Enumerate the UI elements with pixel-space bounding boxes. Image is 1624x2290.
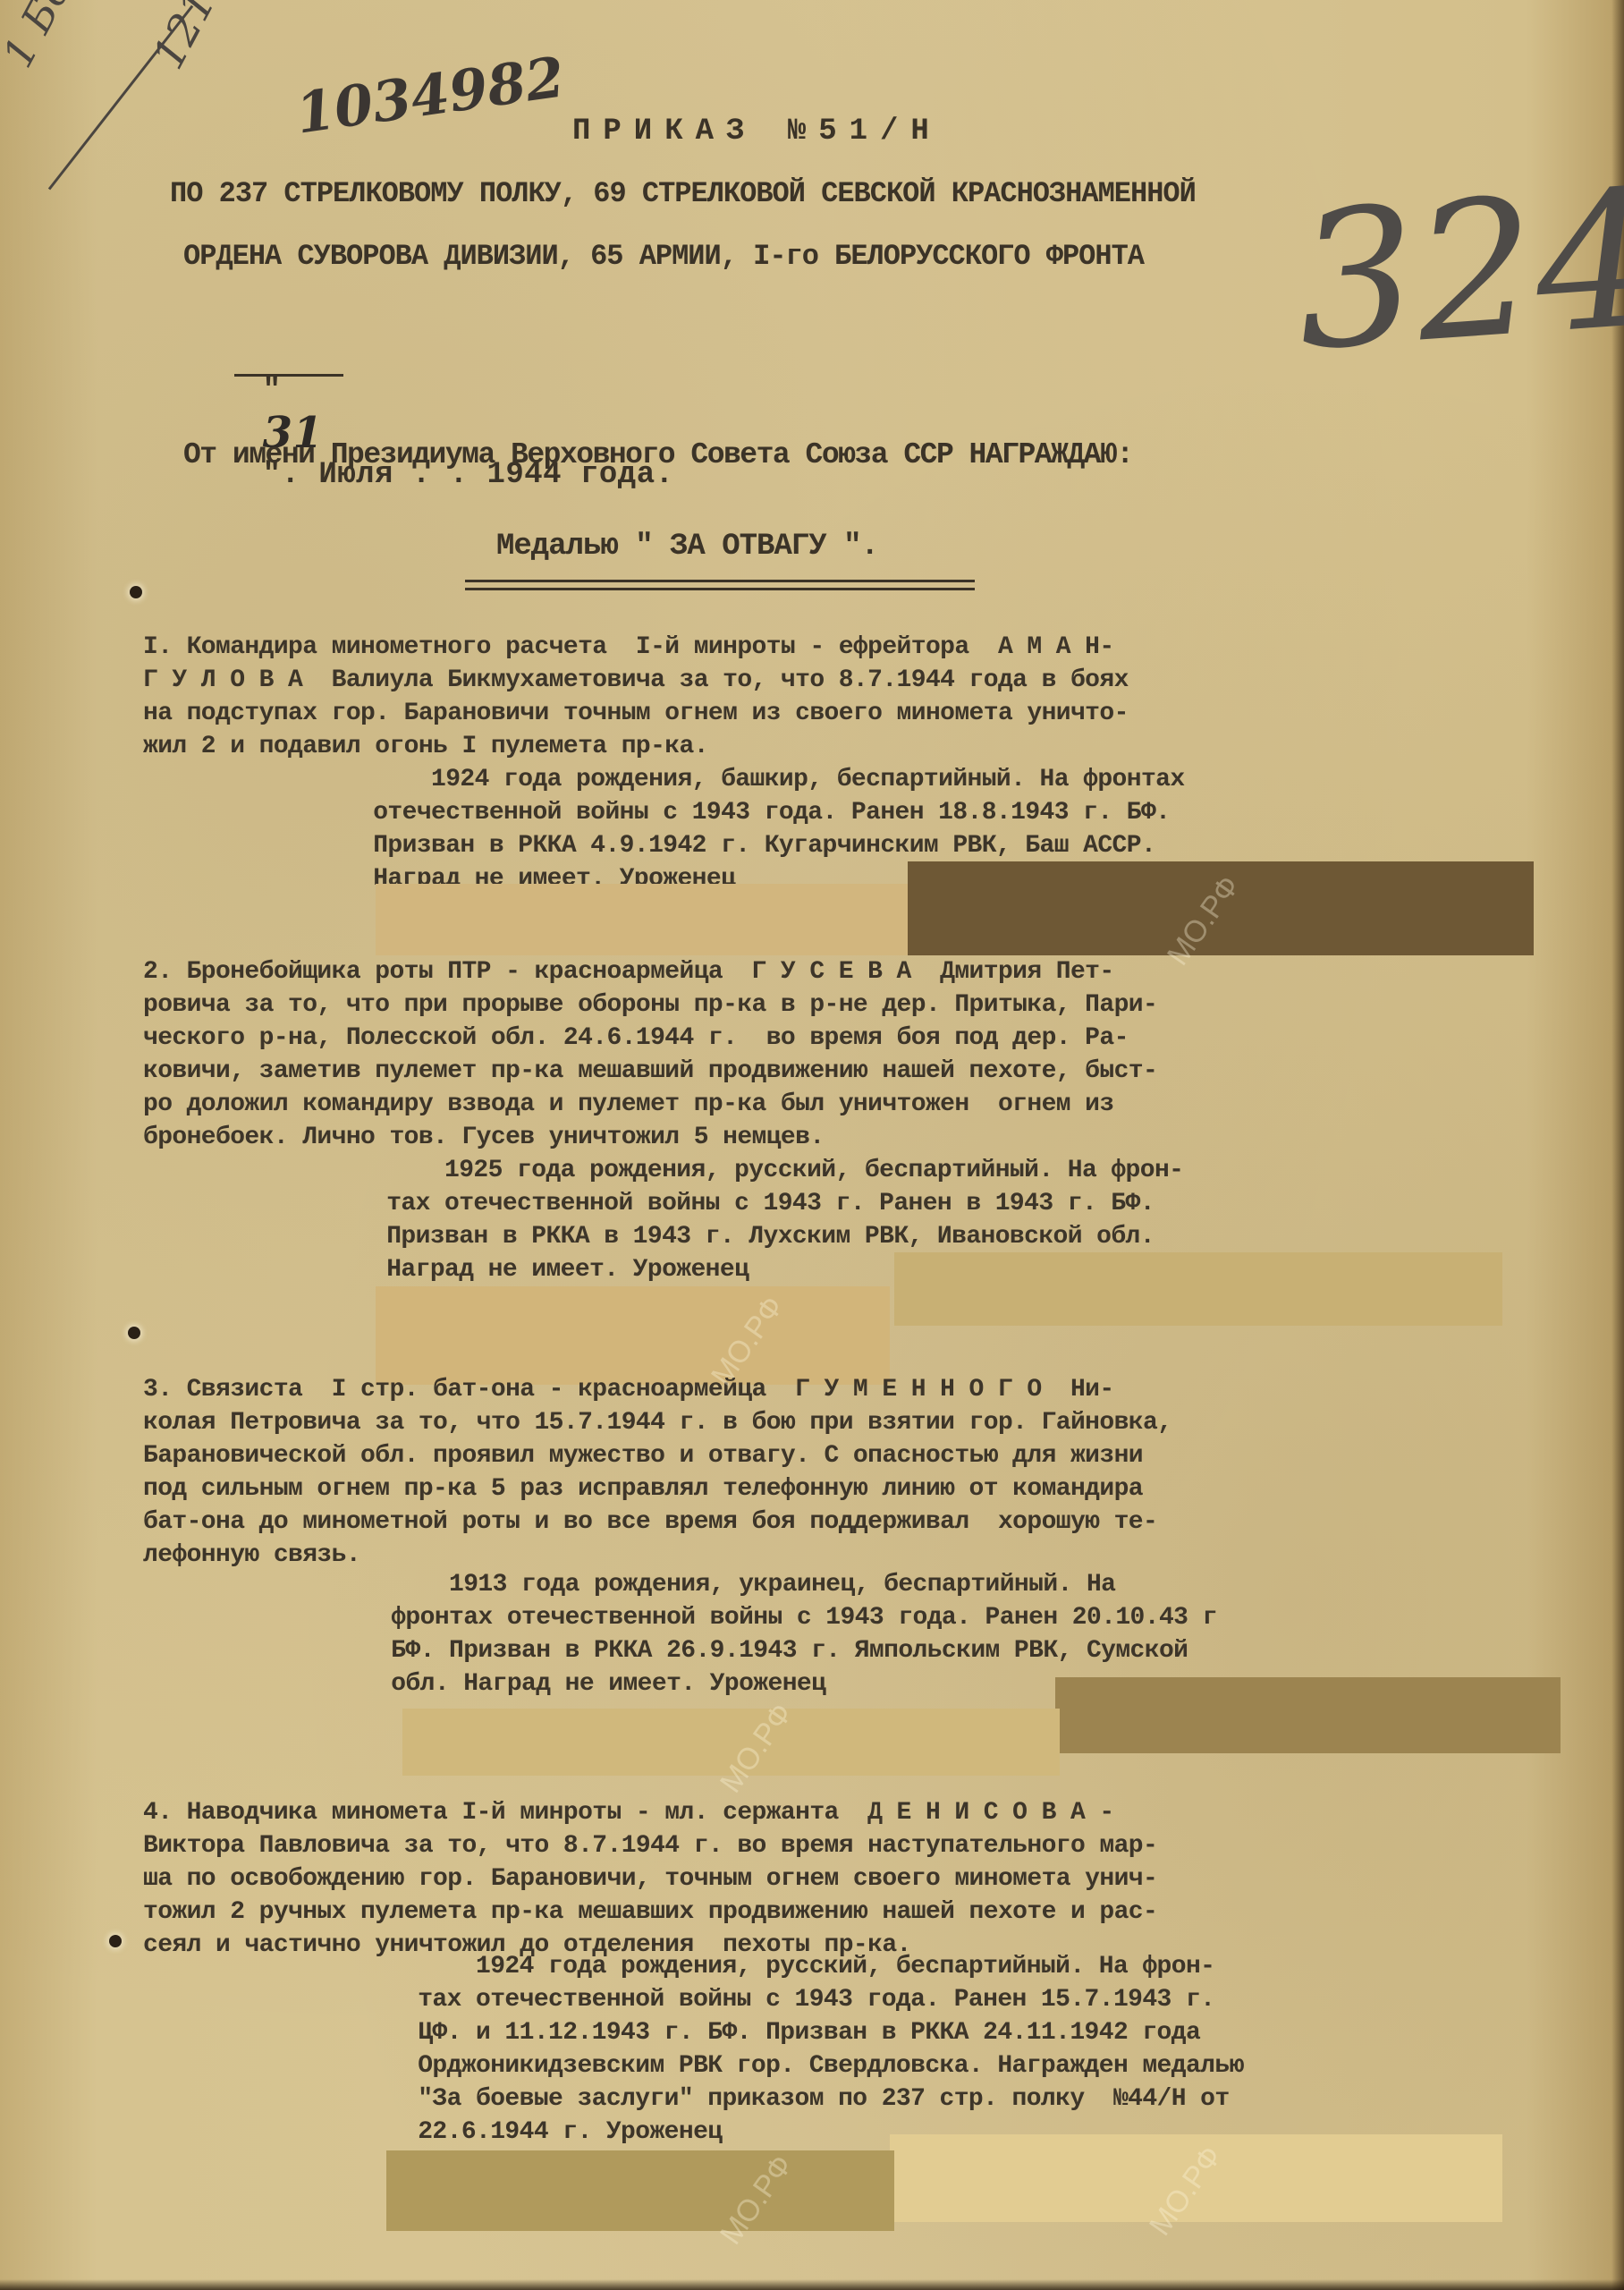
award-heading: Медалью " ЗА ОТВАГУ ".	[496, 530, 878, 564]
redaction-block	[376, 884, 908, 955]
date-underline	[234, 374, 343, 377]
redaction-block	[894, 1252, 1502, 1326]
order-subtitle-line-2: ОРДЕНА СУВОРОВА ДИВИЗИИ, 65 АРМИИ, I-го …	[183, 240, 1144, 273]
handwritten-strike-line	[48, 5, 193, 191]
redaction-block	[386, 2150, 894, 2231]
punch-hole	[109, 1935, 122, 1947]
entry-4-bio: 1924 года рождения, русский, беспартийны…	[331, 1950, 1244, 2149]
punch-hole	[130, 586, 142, 598]
handwritten-front-note: 1 Бел. ф.	[0, 0, 126, 75]
entry-4-citation: 4. Наводчика миномета I-й минроты - мл. …	[143, 1796, 1157, 1962]
preamble: От имени Президиума Верховного Совета Со…	[183, 438, 1133, 471]
order-date: " 31 ". Июля . . 1944 года.	[188, 340, 674, 526]
handwritten-file-number: 12145	[143, 0, 251, 77]
heading-underline-1	[465, 580, 975, 582]
redaction-block	[376, 1286, 890, 1385]
heading-underline-2	[465, 588, 975, 590]
handwritten-archive-number: 1034982	[292, 44, 568, 146]
page-bottom-shadow	[0, 2279, 1624, 2290]
redaction-block	[1055, 1677, 1561, 1753]
entry-1-citation: I. Командира минометного расчета I-й мин…	[143, 631, 1129, 763]
date-prefix: "	[263, 374, 282, 408]
order-subtitle-line-1: ПО 237 СТРЕЛКОВОМУ ПОЛКУ, 69 СТРЕЛКОВОЙ …	[170, 177, 1196, 210]
entry-3-citation: 3. Связиста I стр. бат-она - красноармей…	[143, 1373, 1171, 1572]
punch-hole	[128, 1327, 140, 1339]
handwritten-page-number: 324	[1290, 148, 1624, 392]
archival-document-page: 1 Бел. ф. 12145 1034982 324 ПРИКАЗ №51/Н…	[0, 0, 1624, 2290]
order-title: ПРИКАЗ №51/Н	[572, 114, 942, 148]
entry-2-citation: 2. Бронебойщика роты ПТР - красноармейца…	[143, 955, 1157, 1154]
